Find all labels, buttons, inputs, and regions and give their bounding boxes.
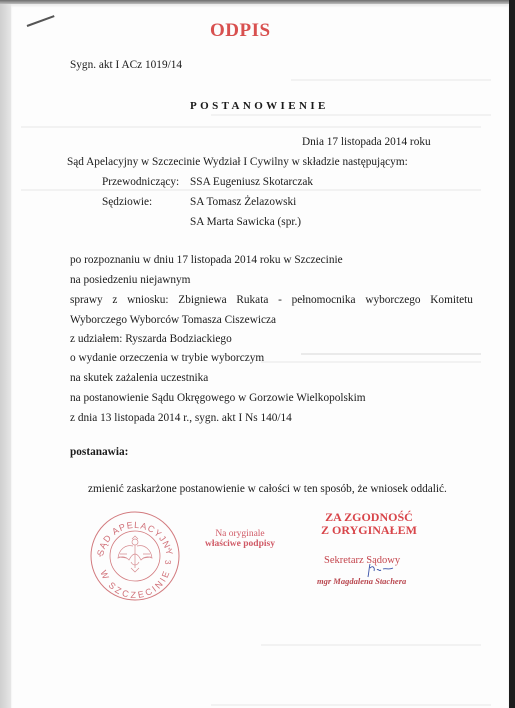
scanned-document: ODPIS Sygn. akt I ACz 1019/14 POSTANOWIE… <box>0 0 515 708</box>
word: pełnomocnika <box>292 295 356 306</box>
word: wniosku: <box>127 295 168 306</box>
body-line: Wyborczego Wyborców Tomasza Ciszewicza <box>70 315 276 326</box>
body-line: z dnia 13 listopada 2014 r., sygn. akt I… <box>70 413 292 424</box>
case-number: Sygn. akt I ACz 1019/14 <box>70 60 182 71</box>
word: - <box>278 295 282 306</box>
presiding-name: SSA Eugeniusz Skotarczak <box>190 177 313 188</box>
body-line: na postanowienie Sądu Okręgowego w Gorzo… <box>70 393 366 404</box>
body-line: o wydanie orzeczenia w trybie wyborczym <box>70 353 264 364</box>
conformity-line: Z ORYGINAŁEM <box>321 524 417 537</box>
body-line: na posiedzeniu niejawnym <box>70 275 190 286</box>
presiding-label: Przewodniczący: <box>102 177 179 188</box>
secretary-name: mgr Magdalena Stachera <box>317 576 406 586</box>
conformity-line: ZA ZGODNOŚĆ <box>321 511 417 524</box>
original-signatures-note: Na oryginale właściwe podpisy <box>205 530 275 550</box>
word: wyborczego <box>365 295 420 306</box>
show-through <box>291 79 491 81</box>
court-line: Sąd Apelacyjny w Szczecinie Wydział I Cy… <box>67 157 408 168</box>
scan-right-edge <box>509 0 515 708</box>
judge-name: SA Marta Sawicka (spr.) <box>190 217 301 228</box>
show-through <box>301 353 481 355</box>
body-line: po rozpoznaniu w dniu 17 listopada 2014 … <box>70 255 343 266</box>
show-through <box>211 114 491 116</box>
show-through <box>21 189 481 191</box>
word: Zbigniewa <box>178 295 226 306</box>
word: sprawy <box>70 295 103 306</box>
court-seal-stamp: SĄD APELACYJNY W SZCZECINIE * * 3 <box>89 510 181 602</box>
word: z <box>112 295 117 306</box>
document-title: POSTANOWIENIE <box>190 100 329 112</box>
judge-name: SA Tomasz Żelazowski <box>190 197 296 208</box>
word: Komitetu <box>430 295 473 306</box>
scan-left-edge <box>0 0 11 708</box>
decision-text: zmienić zaskarżone postanowienie w całoś… <box>88 484 447 495</box>
show-through <box>261 361 481 363</box>
eagle-emblem-icon <box>118 536 152 572</box>
judges-label: Sędziowie: <box>102 197 152 208</box>
word: Rukata <box>236 295 268 306</box>
seal-bottom-text: W SZCZECINIE <box>98 569 172 601</box>
note-line: właściwe podpisy <box>205 540 275 550</box>
decision-label: postanawia: <box>70 447 128 458</box>
copy-stamp-odpis: ODPIS <box>210 20 271 42</box>
date-line: Dnia 17 listopada 2014 roku <box>302 137 431 148</box>
show-through <box>261 644 481 646</box>
show-through <box>21 126 481 128</box>
body-line: na skutek zażalenia uczestnika <box>70 373 208 384</box>
svg-text:W SZCZECINIE: W SZCZECINIE <box>98 569 172 601</box>
show-through <box>211 704 491 706</box>
body-line: z udziałem: Ryszarda Bodziackiego <box>70 334 232 345</box>
seal-number: 3 <box>163 560 172 565</box>
body-line-justified: sprawyzwniosku:ZbigniewaRukata-pełnomocn… <box>70 295 473 306</box>
conformity-stamp: ZA ZGODNOŚĆ Z ORYGINAŁEM <box>321 511 417 536</box>
